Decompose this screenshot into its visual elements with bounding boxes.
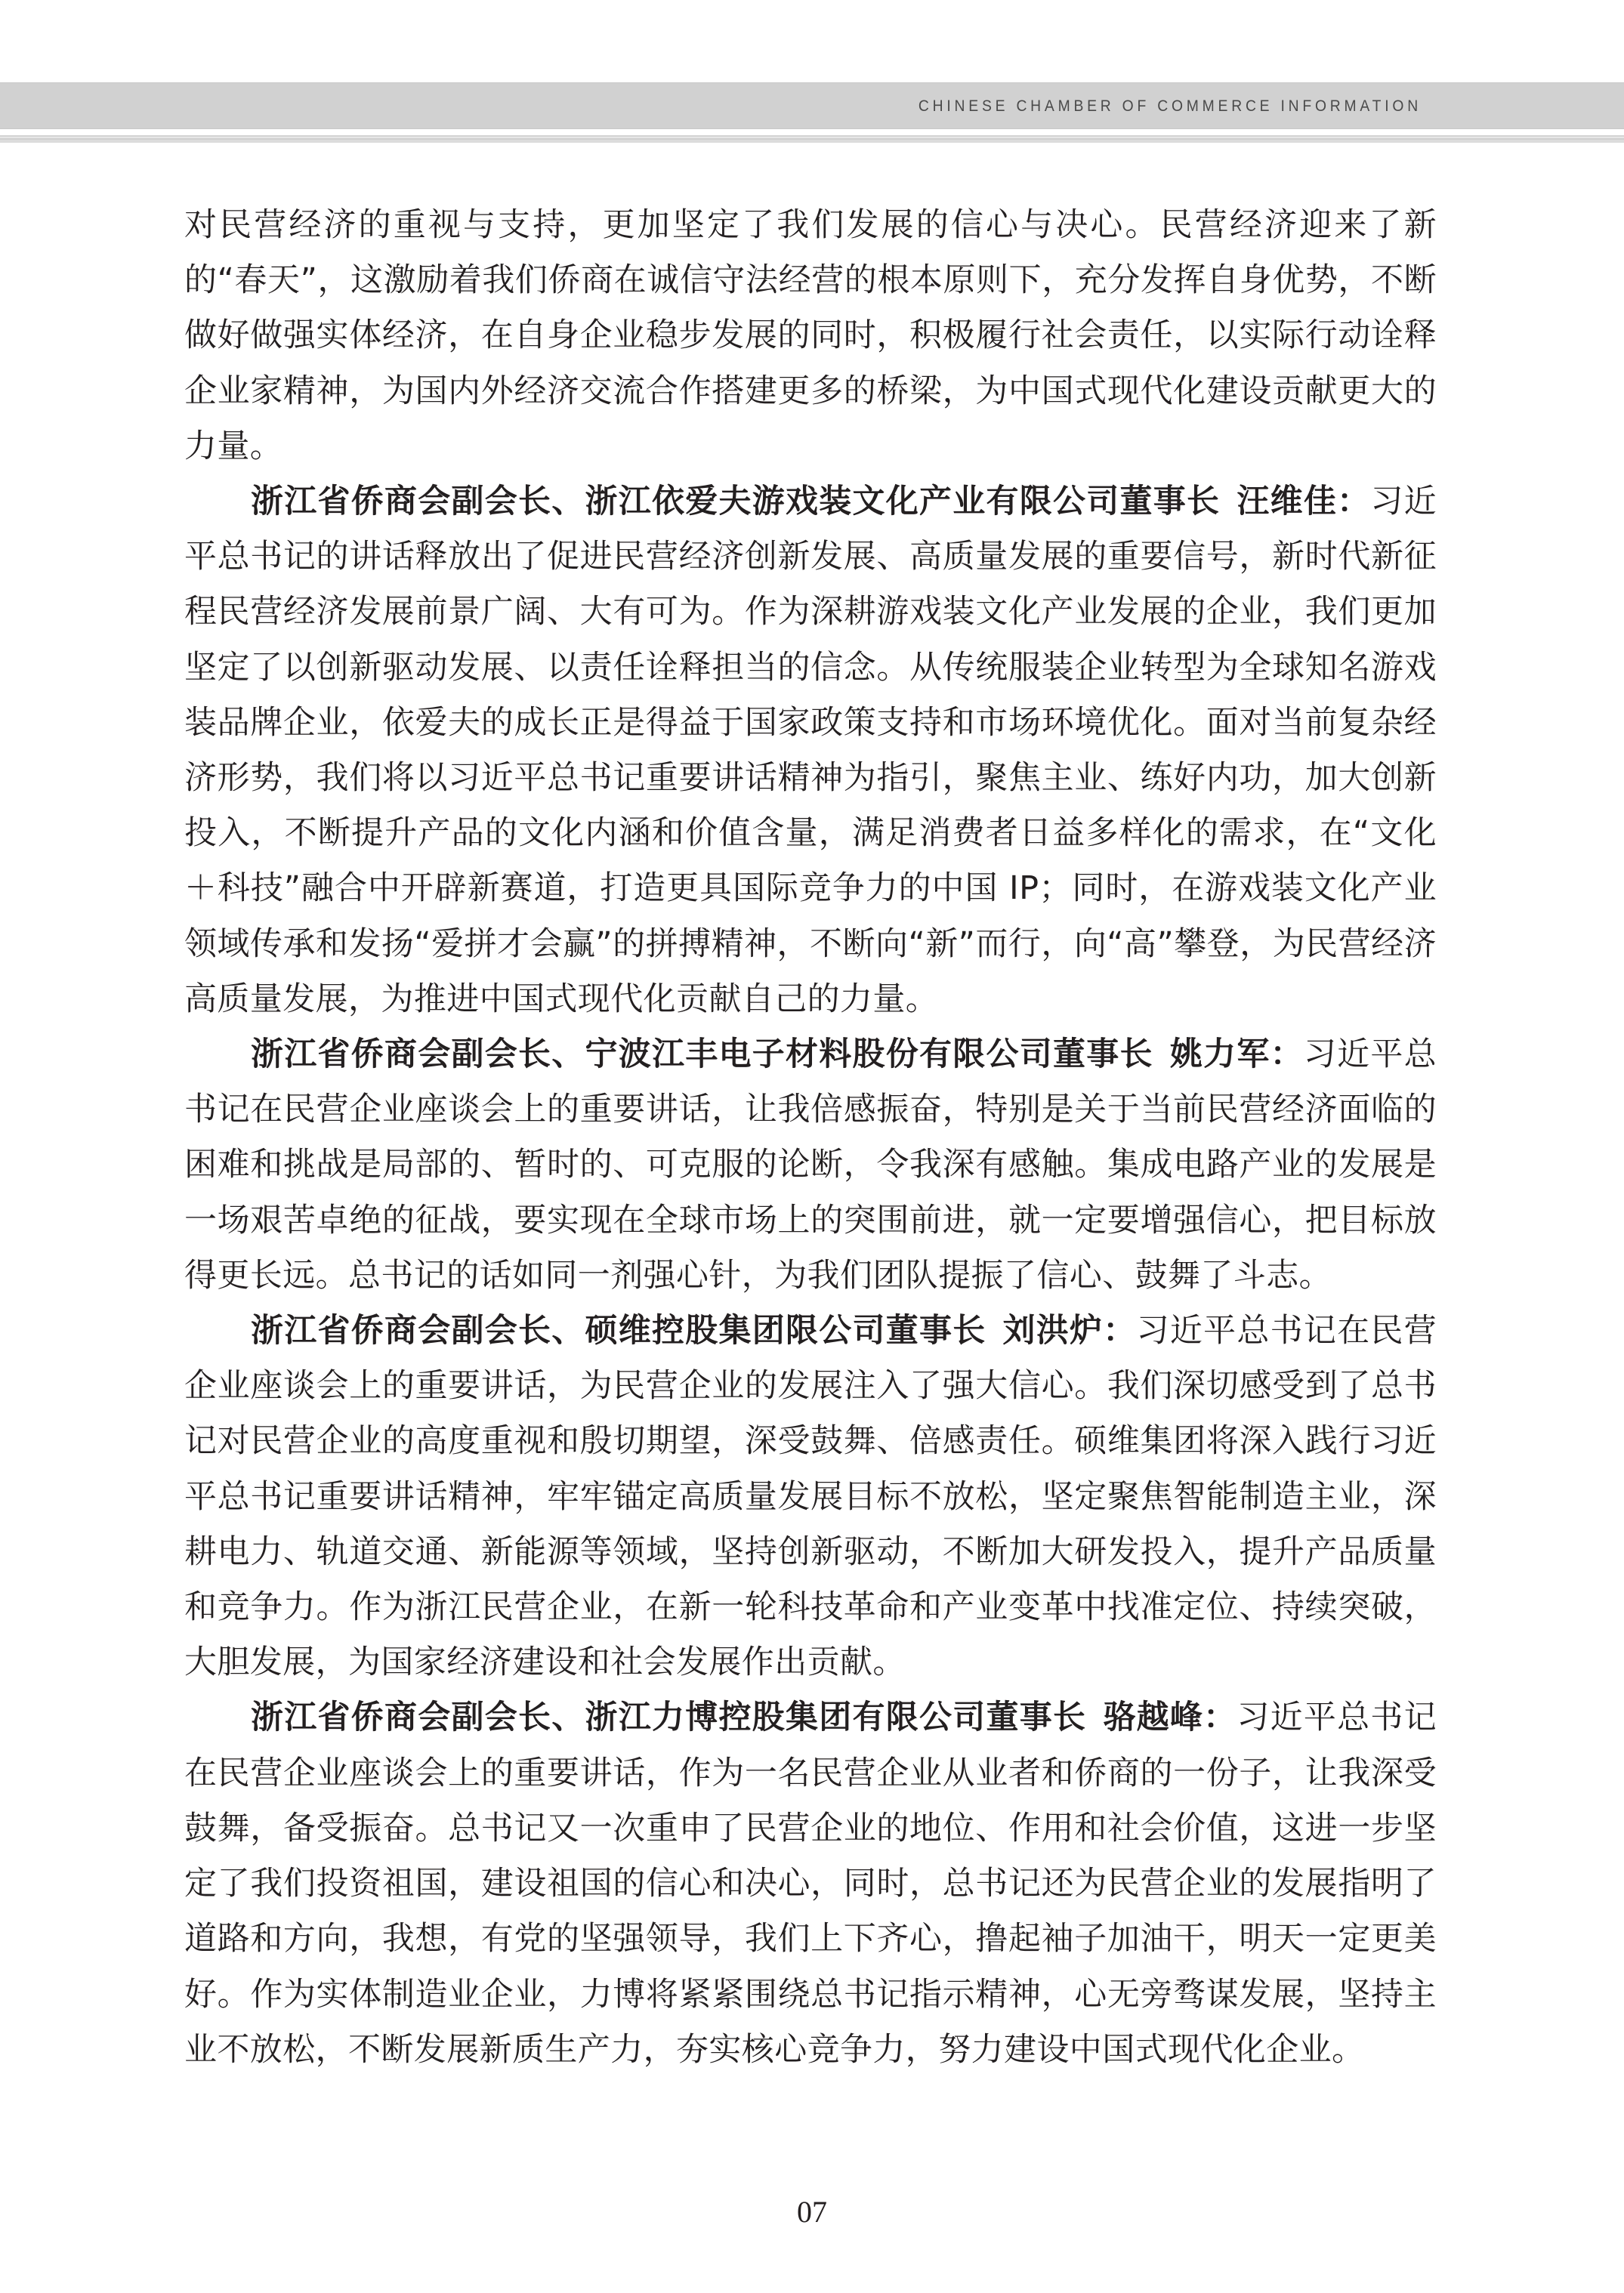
speaker-name: 姚力军： (1170, 1035, 1304, 1073)
running-header-band: CHINESE CHAMBER OF COMMERCE INFORMATION (0, 82, 1624, 129)
paragraph-text: 习近平总书记在民营企业座谈会上的重要讲话，为民营企业的发展注入了强大信心。我们深… (184, 1312, 1437, 1681)
article-body: 对民营经济的重视与支持，更加坚定了我们发展的信心与决心。民营经济迎来了新的“春天… (184, 198, 1437, 2078)
paragraph-quote-yao-lijun: 浙江省侨商会副会长、宁波江丰电子材料股份有限公司董事长姚力军：习近平总书记在民营… (184, 1027, 1437, 1304)
speaker-title: 浙江省侨商会副会长、浙江依爱夫游戏装文化产业有限公司董事长 (251, 483, 1220, 520)
paragraph-text: 习近平总书记在民营企业座谈会上的重要讲话，让我倍感振奋，特别是关于当前民营经济面… (184, 1035, 1437, 1295)
paragraph-quote-luo-yuefeng: 浙江省侨商会副会长、浙江力博控股集团有限公司董事长骆越峰：习近平总书记在民营企业… (184, 1690, 1437, 2077)
running-header-title: CHINESE CHAMBER OF COMMERCE INFORMATION (919, 97, 1422, 116)
paragraph-quote-liu-honglu: 浙江省侨商会副会长、硕维控股集团限公司董事长刘洪炉：习近平总书记在民营企业座谈会… (184, 1304, 1437, 1690)
page-number: 07 (0, 2194, 1624, 2230)
paragraph-text: 习近平总书记的讲话释放出了促进民营经济创新发展、高质量发展的重要信号，新时代新征… (184, 483, 1437, 1018)
speaker-name: 汪维佳： (1237, 483, 1370, 520)
paragraph-text: 对民营经济的重视与支持，更加坚定了我们发展的信心与决心。民营经济迎来了新的“春天… (184, 206, 1437, 465)
speaker-title: 浙江省侨商会副会长、宁波江丰电子材料股份有限公司董事长 (251, 1035, 1153, 1073)
speaker-name: 骆越峰： (1103, 1699, 1237, 1736)
speaker-title: 浙江省侨商会副会长、硕维控股集团限公司董事长 (251, 1312, 986, 1350)
header-divider-rule (0, 135, 1624, 143)
speaker-title: 浙江省侨商会副会长、浙江力博控股集团有限公司董事长 (251, 1699, 1086, 1736)
speaker-name: 刘洪炉： (1003, 1312, 1137, 1350)
paragraph-quote-wang-weijia: 浙江省侨商会副会长、浙江依爱夫游戏装文化产业有限公司董事长汪维佳：习近平总书记的… (184, 474, 1437, 1027)
paragraph-text: 习近平总书记在民营企业座谈会上的重要讲话，作为一名民营企业从业者和侨商的一份子，… (184, 1699, 1437, 2068)
paragraph-continuation: 对民营经济的重视与支持，更加坚定了我们发展的信心与决心。民营经济迎来了新的“春天… (184, 198, 1437, 474)
